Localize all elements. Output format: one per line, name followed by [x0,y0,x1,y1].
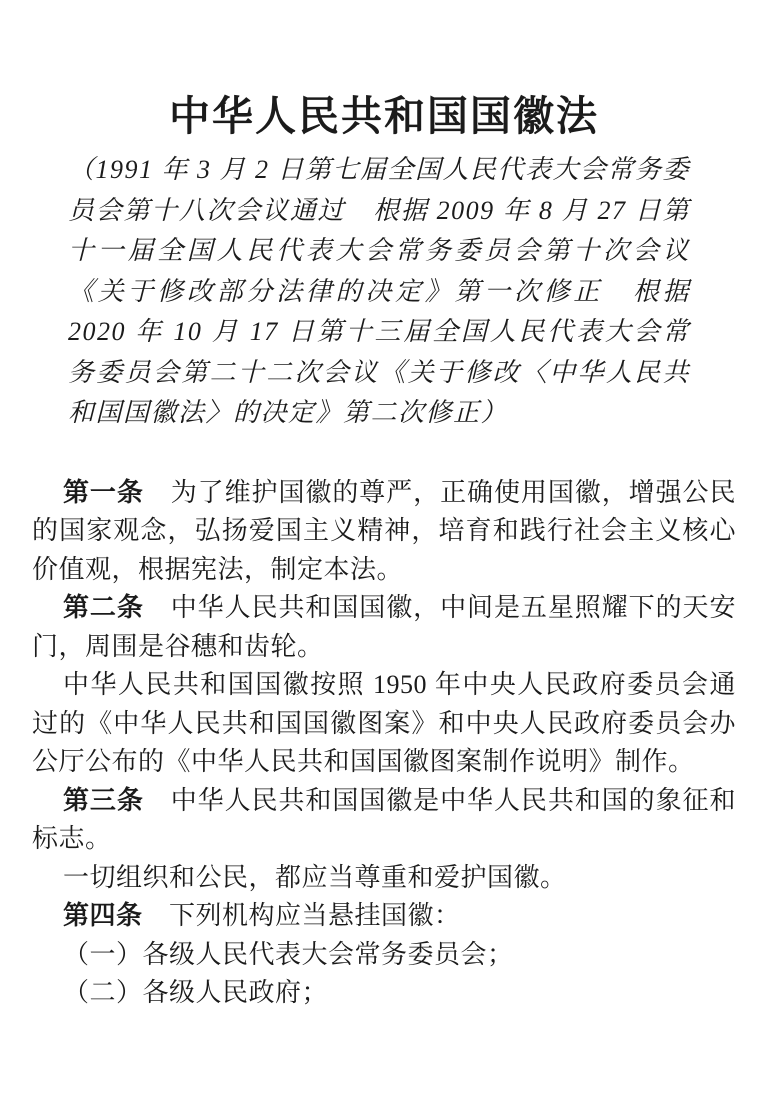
article-paragraph: 第二条 中华人民共和国国徽，中间是五星照耀下的天安门，周围是谷穗和齿轮。 [32,589,736,666]
article-paragraph: 第一条 为了维护国徽的尊严，正确使用国徽，增强公民的国家观念，弘扬爱国主义精神，… [32,474,736,590]
article-paragraph: （一）各级人民代表大会常务委员会； [32,936,736,975]
article-label: 第一条 [63,478,171,507]
article-text: 一切组织和公民，都应当尊重和爱护国徽。 [63,863,567,892]
article-text: 中华人民共和国国徽按照 1950 年中央人民政府委员会通过的《中华人民共和国国徽… [32,670,736,776]
article-paragraph: 中华人民共和国国徽按照 1950 年中央人民政府委员会通过的《中华人民共和国国徽… [32,666,736,782]
article-label: 第四条 [63,901,169,930]
article-label: 第三条 [63,786,171,815]
article-paragraph: 第三条 中华人民共和国国徽是中华人民共和国的象征和标志。 [32,782,736,859]
preamble-enactment-note: （1991 年 3 月 2 日第七届全国人民代表大会常务委员会第十八次会议通过 … [68,150,690,434]
article-text: （二）各级人民政府； [63,978,328,1007]
page-title: 中华人民共和国国徽法 [32,92,736,140]
article-text: 下列机构应当悬挂国徽： [169,901,461,930]
article-paragraph: 一切组织和公民，都应当尊重和爱护国徽。 [32,859,736,898]
article-paragraph: （二）各级人民政府； [32,974,736,1013]
article-label: 第二条 [63,593,171,622]
document-page: 中华人民共和国国徽法 （1991 年 3 月 2 日第七届全国人民代表大会常务委… [0,0,766,1109]
article-text: （一）各级人民代表大会常务委员会； [63,940,514,969]
document-body: 第一条 为了维护国徽的尊严，正确使用国徽，增强公民的国家观念，弘扬爱国主义精神，… [32,474,736,1013]
article-paragraph: 第四条 下列机构应当悬挂国徽： [32,897,736,936]
